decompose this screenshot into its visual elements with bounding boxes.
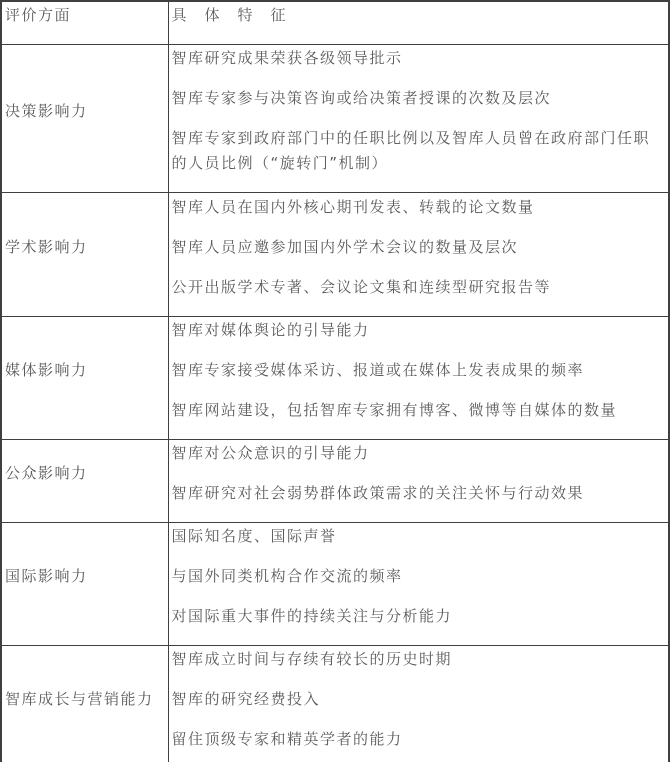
- feature-item: 智库人员应邀参加国内外学术会议的数量及层次: [172, 235, 657, 260]
- aspect-label: 国际影响力: [5, 564, 166, 589]
- table-row: 公众影响力 智库对公众意识的引导能力 智库研究对社会弱势群体政策需求的关注关怀与…: [1, 440, 669, 523]
- aspect-cell: 学术影响力: [1, 193, 168, 317]
- table-row: 国际影响力 国际知名度、国际声誉 与国外同类机构合作交流的频率 对国际重大事件的…: [1, 523, 669, 646]
- aspect-cell: 国际影响力: [1, 523, 168, 646]
- header-aspect-label: 评价方面: [5, 3, 166, 28]
- aspect-label: 公众影响力: [5, 461, 166, 486]
- feature-item: 智库对公众意识的引导能力: [172, 441, 657, 466]
- feature-item: 公开出版学术专著、会议论文集和连续型研究报告等: [172, 275, 657, 300]
- aspect-label: 智库成长与营销能力: [5, 687, 166, 712]
- feature-item: 智库的研究经费投入: [172, 687, 657, 712]
- header-features-label: 具 体 特 征: [172, 3, 657, 28]
- feature-item: 智库对媒体舆论的引导能力: [172, 318, 657, 343]
- header-aspect-cell: 评价方面: [1, 1, 168, 45]
- features-cell: 智库对公众意识的引导能力 智库研究对社会弱势群体政策需求的关注关怀与行动效果: [168, 440, 669, 523]
- feature-item: 智库专家接受媒体采访、报道或在媒体上发表成果的频率: [172, 358, 657, 383]
- table-row: 决策影响力 智库研究成果荣获各级领导批示 智库专家参与决策咨询或给决策者授课的次…: [1, 45, 669, 193]
- feature-item: 智库研究对社会弱势群体政策需求的关注关怀与行动效果: [172, 481, 657, 506]
- aspect-cell: 媒体影响力: [1, 317, 168, 440]
- header-features-cell: 具 体 特 征: [168, 1, 669, 45]
- feature-item: 智库专家参与决策咨询或给决策者授课的次数及层次: [172, 86, 657, 111]
- feature-item: 国际知名度、国际声誉: [172, 524, 657, 549]
- features-cell: 智库研究成果荣获各级领导批示 智库专家参与决策咨询或给决策者授课的次数及层次 智…: [168, 45, 669, 193]
- features-cell: 智库成立时间与存续有较长的历史时期 智库的研究经费投入 留住顶级专家和精英学者的…: [168, 646, 669, 762]
- aspect-cell: 智库成长与营销能力: [1, 646, 168, 762]
- features-cell: 国际知名度、国际声誉 与国外同类机构合作交流的频率 对国际重大事件的持续关注与分…: [168, 523, 669, 646]
- feature-item: 智库专家到政府部门中的任职比例以及智库人员曾在政府部门任职的人员比例（“旋转门”…: [172, 126, 657, 176]
- feature-item: 与国外同类机构合作交流的频率: [172, 564, 657, 589]
- aspect-cell: 公众影响力: [1, 440, 168, 523]
- aspect-label: 媒体影响力: [5, 358, 166, 383]
- feature-item: 智库人员在国内外核心期刊发表、转载的论文数量: [172, 195, 657, 220]
- table-row: 学术影响力 智库人员在国内外核心期刊发表、转载的论文数量 智库人员应邀参加国内外…: [1, 193, 669, 317]
- feature-item: 对国际重大事件的持续关注与分析能力: [172, 604, 657, 629]
- feature-item: 留住顶级专家和精英学者的能力: [172, 727, 657, 752]
- table-header-row: 评价方面 具 体 特 征: [1, 1, 669, 45]
- table-row: 媒体影响力 智库对媒体舆论的引导能力 智库专家接受媒体采访、报道或在媒体上发表成…: [1, 317, 669, 440]
- feature-item: 智库成立时间与存续有较长的历史时期: [172, 647, 657, 672]
- aspect-label: 决策影响力: [5, 99, 166, 124]
- feature-item: 智库研究成果荣获各级领导批示: [172, 46, 657, 71]
- feature-item: 智库网站建设，包括智库专家拥有博客、微博等自媒体的数量: [172, 398, 657, 423]
- aspect-cell: 决策影响力: [1, 45, 168, 193]
- features-cell: 智库人员在国内外核心期刊发表、转载的论文数量 智库人员应邀参加国内外学术会议的数…: [168, 193, 669, 317]
- aspect-label: 学术影响力: [5, 235, 166, 260]
- evaluation-table: 评价方面 具 体 特 征 决策影响力 智库研究成果荣获各级领导批示 智库专家参与…: [0, 0, 670, 762]
- table-row: 智库成长与营销能力 智库成立时间与存续有较长的历史时期 智库的研究经费投入 留住…: [1, 646, 669, 762]
- features-cell: 智库对媒体舆论的引导能力 智库专家接受媒体采访、报道或在媒体上发表成果的频率 智…: [168, 317, 669, 440]
